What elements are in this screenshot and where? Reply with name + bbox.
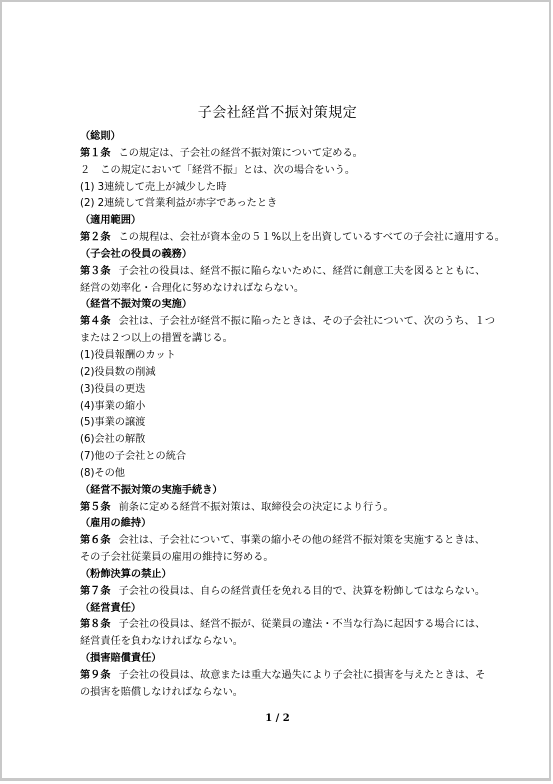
line-text: (4)事業の縮小 <box>80 401 145 412</box>
article-line: 第１条この規定は、子会社の経営不振対策について定める。 <box>80 146 500 163</box>
text-line: (1)役員報酬のカット <box>80 348 500 365</box>
line-text: または２つ以上の措置を講じる。 <box>80 333 233 344</box>
text-line: (2)役員数の削減 <box>80 365 500 382</box>
section-heading: （適用範囲） <box>80 213 500 230</box>
article-number: 第８条 <box>80 619 111 630</box>
line-text: 子会社の役員は、経営不振が、従業員の違法・不当な行為に起因する場合には、 <box>119 619 486 630</box>
text-line: (8)その他 <box>80 466 500 483</box>
line-text: （子会社の役員の義務） <box>80 249 192 260</box>
article-number: 第７条 <box>80 586 111 597</box>
section-heading: （経営不振対策の実施） <box>80 297 500 314</box>
line-text: ２ この規定において「経営不振」とは、次の場合をいう。 <box>80 165 355 176</box>
article-number: 第５条 <box>80 502 111 513</box>
line-text: この規程は、会社が資本金の５１%以上を出資しているすべての子会社に適用する。 <box>119 232 505 243</box>
article-line: 第９条子会社の役員は、故意または重大な過失により子会社に損害を与えたときは、そ <box>80 668 500 685</box>
line-text: この規定は、子会社の経営不振対策について定める。 <box>119 148 363 159</box>
page-indicator: 1 / 2 <box>2 713 553 724</box>
document-page: 子会社経営不振対策規定 （総則）第１条この規定は、子会社の経営不振対策について定… <box>0 0 551 781</box>
line-text: (5)事業の譲渡 <box>80 417 145 428</box>
line-text: （経営不振対策の実施手続き） <box>80 485 223 496</box>
article-line: 第５条前条に定める経営不振対策は、取締役会の決定により行う。 <box>80 500 500 517</box>
line-text: (8)その他 <box>80 468 125 479</box>
text-line: (7)他の子会社との統合 <box>80 449 500 466</box>
line-text: （粉飾決算の禁止） <box>80 569 172 580</box>
line-text: 経営の効率化・合理化に努めなければならない。 <box>80 283 304 294</box>
text-line: ２ この規定において「経営不振」とは、次の場合をいう。 <box>80 163 500 180</box>
text-line: または２つ以上の措置を講じる。 <box>80 331 500 348</box>
section-heading: （経営不振対策の実施手続き） <box>80 483 500 500</box>
line-text: (2)役員数の削減 <box>80 367 156 378</box>
section-heading: （総則） <box>80 129 500 146</box>
line-text: 前条に定める経営不振対策は、取締役会の決定により行う。 <box>119 502 394 513</box>
section-heading: （雇用の維持） <box>80 516 500 533</box>
document-title: 子会社経営不振対策規定 <box>2 102 553 122</box>
line-text: （雇用の維持） <box>80 518 151 529</box>
text-line: (2) 2連続して営業利益が赤字であったとき <box>80 196 500 213</box>
article-number: 第９条 <box>80 670 111 681</box>
text-line: の損害を賠償しなければならない。 <box>80 685 500 702</box>
article-line: 第３条子会社の役員は、経営不振に陥らないために、経営に創意工夫を図るとともに、 <box>80 264 500 281</box>
article-number: 第１条 <box>80 148 111 159</box>
article-number: 第３条 <box>80 266 111 277</box>
line-text: 子会社の役員は、故意または重大な過失により子会社に損害を与えたときは、そ <box>119 670 486 681</box>
section-heading: （損害賠償責任） <box>80 651 500 668</box>
line-text: （経営不振対策の実施） <box>80 299 192 310</box>
section-heading: （粉飾決算の禁止） <box>80 567 500 584</box>
text-line: その子会社従業員の雇用の維持に努める。 <box>80 550 500 567</box>
article-line: 第２条この規程は、会社が資本金の５１%以上を出資しているすべての子会社に適用する… <box>80 230 500 247</box>
line-text: （経営責任） <box>80 603 141 614</box>
line-text: (2) 2連続して営業利益が赤字であったとき <box>80 198 277 209</box>
line-text: その子会社従業員の雇用の維持に努める。 <box>80 552 274 563</box>
line-text: 経営責任を負わなければならない。 <box>80 636 243 647</box>
line-text: (1)役員報酬のカット <box>80 350 176 361</box>
line-text: （適用範囲） <box>80 215 141 226</box>
line-text: (6)会社の解散 <box>80 434 145 445</box>
text-line: 経営の効率化・合理化に努めなければならない。 <box>80 281 500 298</box>
line-text: (1) 3連続して売上が減少した時 <box>80 182 226 193</box>
article-line: 第７条子会社の役員は、自らの経営責任を免れる目的で、決算を粉飾してはならない。 <box>80 584 500 601</box>
line-text: 子会社の役員は、自らの経営責任を免れる目的で、決算を粉飾してはならない。 <box>119 586 486 597</box>
section-heading: （子会社の役員の義務） <box>80 247 500 264</box>
text-line: (6)会社の解散 <box>80 432 500 449</box>
article-number: 第６条 <box>80 535 111 546</box>
text-line: (5)事業の譲渡 <box>80 415 500 432</box>
article-line: 第６条会社は、子会社について、事業の縮小その他の経営不振対策を実施するときは、 <box>80 533 500 550</box>
line-text: （損害賠償責任） <box>80 653 162 664</box>
line-text: の損害を賠償しなければならない。 <box>80 687 243 698</box>
line-text: 子会社の役員は、経営不振に陥らないために、経営に創意工夫を図るとともに、 <box>119 266 486 277</box>
document-body: （総則）第１条この規定は、子会社の経営不振対策について定める。２ この規定におい… <box>80 129 500 702</box>
text-line: (3)役員の更迭 <box>80 382 500 399</box>
article-number: 第４条 <box>80 316 111 327</box>
text-line: 経営責任を負わなければならない。 <box>80 634 500 651</box>
line-text: （総則） <box>80 131 121 142</box>
line-text: 会社は、子会社について、事業の縮小その他の経営不振対策を実施するときは、 <box>119 535 485 546</box>
line-text: (3)役員の更迭 <box>80 384 145 395</box>
text-line: (1) 3連続して売上が減少した時 <box>80 180 500 197</box>
article-line: 第４条会社は、子会社が経営不振に陥ったときは、その子会社について、次のうち、１つ <box>80 314 500 331</box>
line-text: (7)他の子会社との統合 <box>80 451 186 462</box>
section-heading: （経営責任） <box>80 601 500 618</box>
article-line: 第８条子会社の役員は、経営不振が、従業員の違法・不当な行為に起因する場合には、 <box>80 617 500 634</box>
text-line: (4)事業の縮小 <box>80 399 500 416</box>
article-number: 第２条 <box>80 232 111 243</box>
line-text: 会社は、子会社が経営不振に陥ったときは、その子会社について、次のうち、１つ <box>119 316 496 327</box>
